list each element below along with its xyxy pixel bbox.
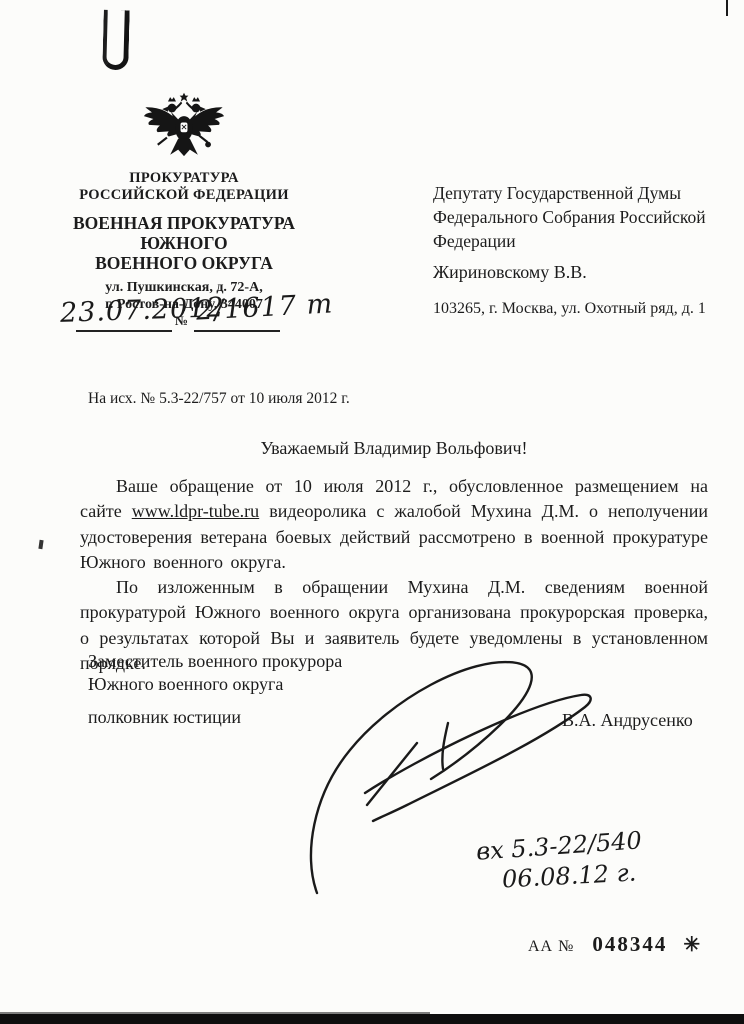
reference-line: На исх. № 5.3-22/757 от 10 июля 2012 г.: [88, 390, 350, 408]
form-serial: АА №048344✳: [528, 932, 700, 957]
number-sign: №: [175, 313, 188, 329]
scan-speck: [38, 540, 43, 549]
parent-org-line1: ПРОКУРАТУРА: [34, 170, 334, 187]
addressee-line1: Депутату Государственной Думы: [433, 181, 725, 205]
org-name-line2: ЮЖНОГО: [34, 233, 334, 253]
outgoing-number-handwritten: 2/1617 т: [195, 288, 334, 326]
paragraph-1: Ваше обращение от 10 июля 2012 г., обусл…: [80, 474, 708, 575]
date-blank-line: [76, 330, 172, 332]
parent-org-line2: РОССИЙСКОЙ ФЕДЕРАЦИИ: [34, 187, 334, 204]
addressee-name: Жириновскому В.В.: [433, 262, 587, 283]
serial-series: АА №: [528, 938, 574, 955]
paperclip-icon: [102, 10, 130, 71]
website-link: www.ldpr-tube.ru: [132, 501, 259, 521]
addressee-line2: Федерального Собрания Российской: [433, 205, 725, 229]
signer-rank: полковник юстиции: [88, 707, 241, 728]
serial-number: 048344: [592, 932, 667, 956]
org-name-line3: ВОЕННОГО ОКРУГА: [34, 253, 334, 273]
org-name-line1: ВОЕННАЯ ПРОКУРАТУРА: [34, 213, 334, 233]
addressee-block: Депутату Государственной Думы Федерально…: [433, 181, 725, 253]
number-blank-line: [194, 330, 280, 332]
asterisk-symbol: ✳: [683, 934, 700, 956]
addressee-line3: Федерации: [433, 229, 725, 253]
incoming-date-handwritten: 06.08.12 г.: [501, 859, 637, 894]
scan-edge-mark: [726, 0, 728, 16]
salutation: Уважаемый Владимир Вольфович!: [80, 438, 708, 459]
letterhead: ПРОКУРАТУРА РОССИЙСКОЙ ФЕДЕРАЦИИ ВОЕННАЯ…: [34, 92, 334, 313]
scan-bottom-black-bar: [0, 1014, 744, 1024]
scanned-letter-page: ПРОКУРАТУРА РОССИЙСКОЙ ФЕДЕРАЦИИ ВОЕННАЯ…: [0, 0, 744, 1024]
coat-of-arms-eagle-icon: [140, 92, 228, 162]
addressee-postal-address: 103265, г. Москва, ул. Охотный ряд, д. 1: [433, 300, 706, 318]
